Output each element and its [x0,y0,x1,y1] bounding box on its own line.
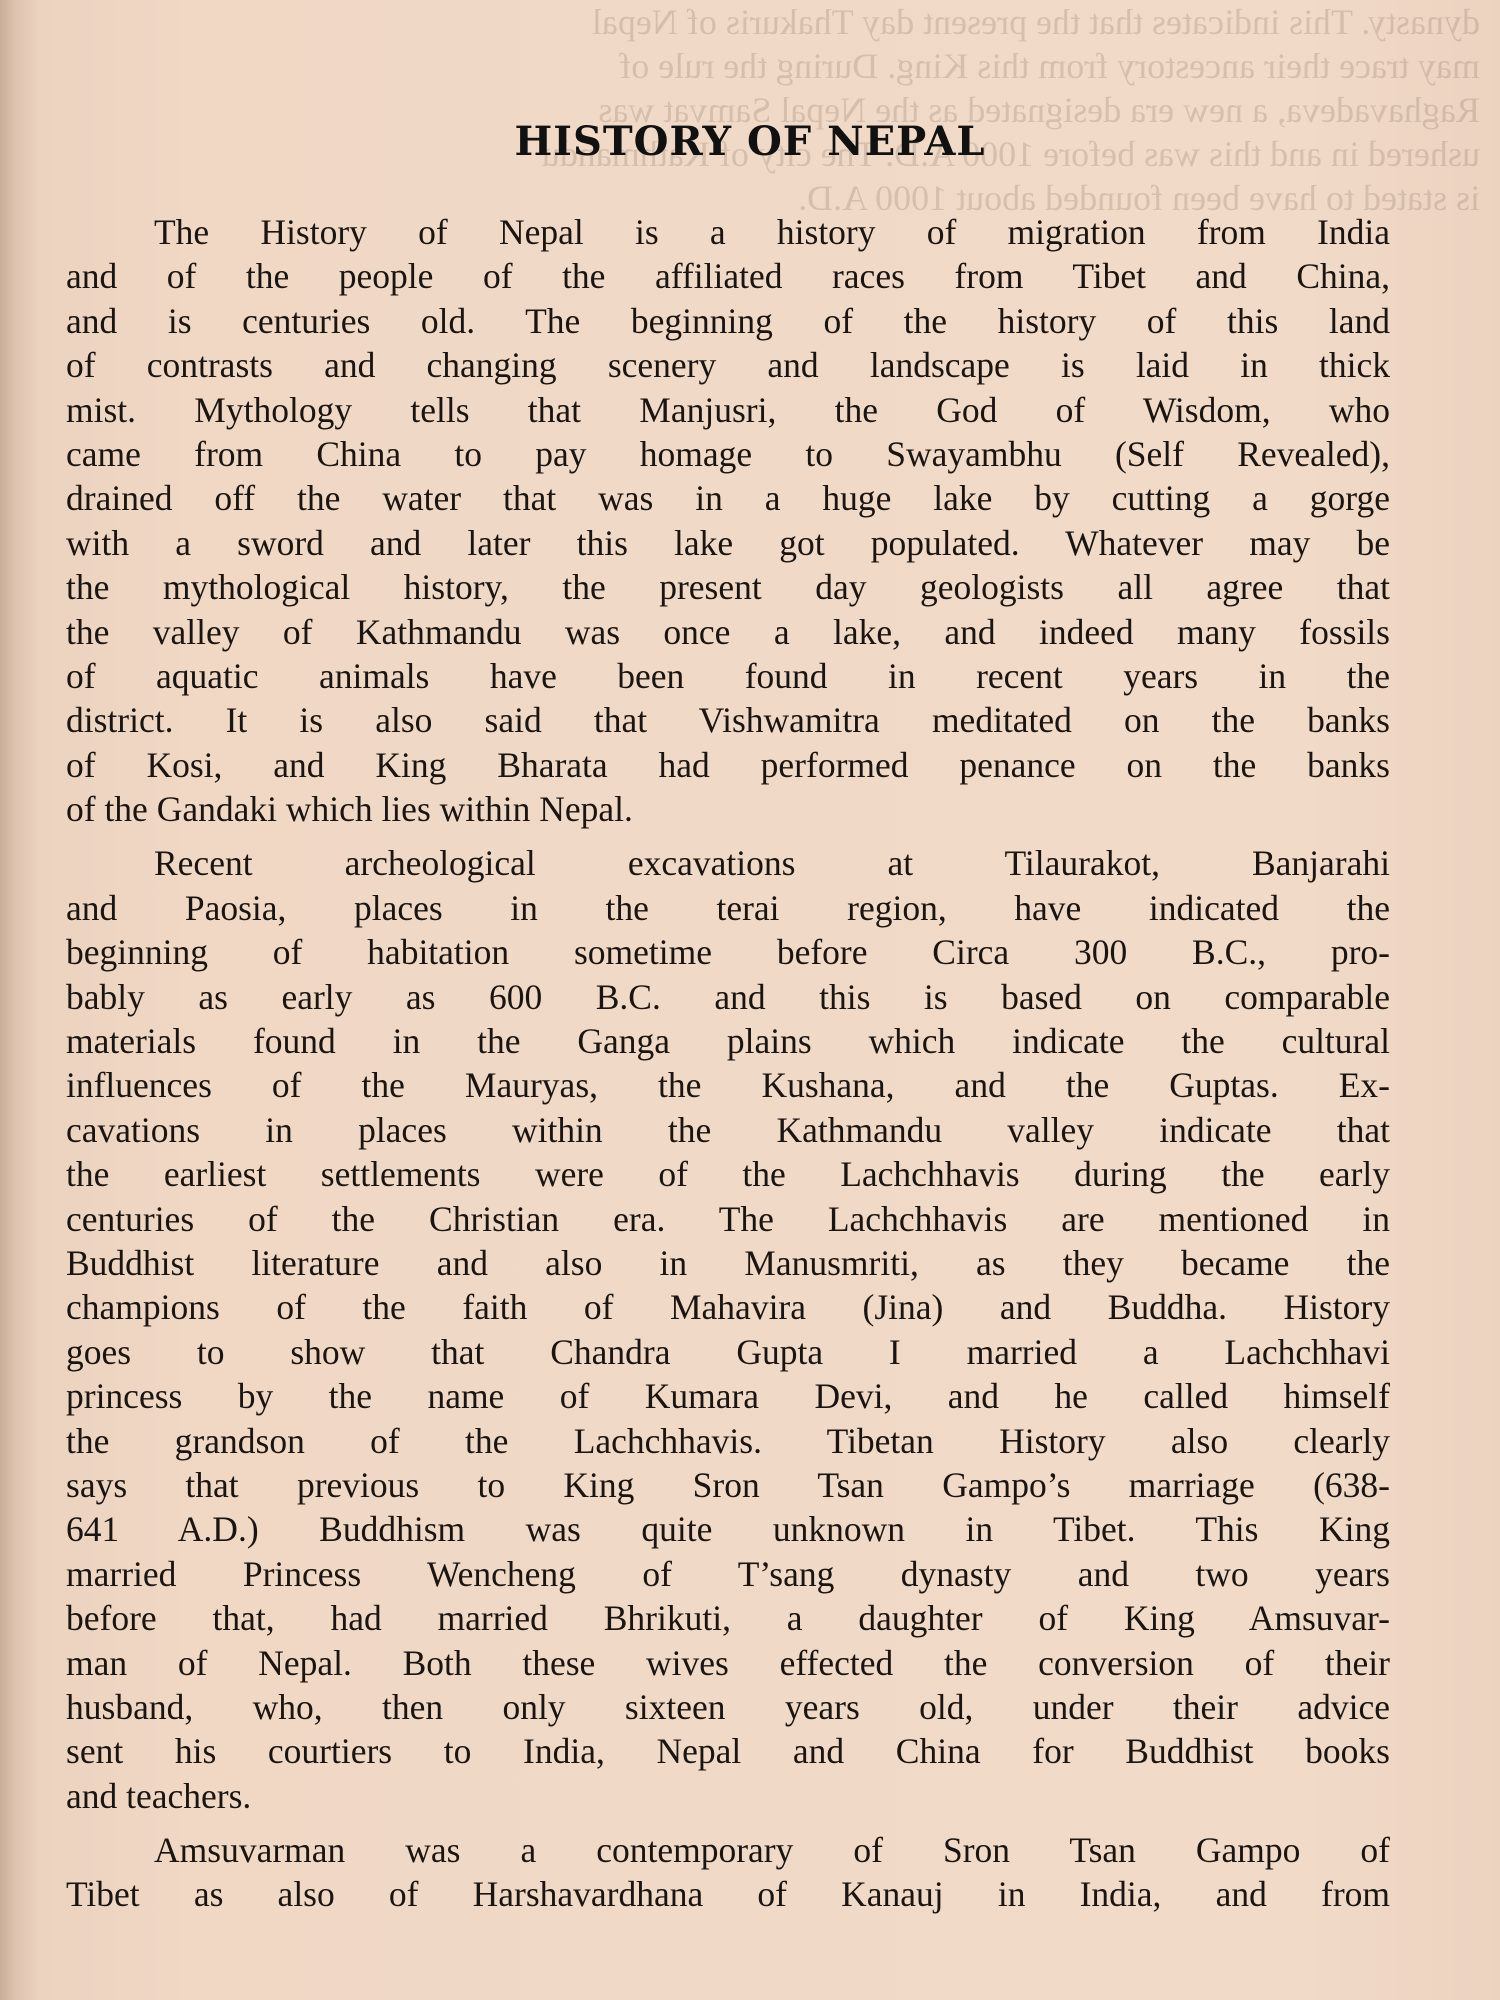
paragraph-2: Recent archeological excavations at Tila… [66,841,1390,1818]
text-line: princess by the name of Kumara Devi, and… [66,1374,1390,1418]
text-line: and teachers. [66,1774,1390,1818]
text-line: Recent archeological excavations at Tila… [66,841,1390,885]
text-line: says that previous to King Sron Tsan Gam… [66,1463,1390,1507]
document-body: The History of Nepal is a history of mig… [66,210,1390,1917]
text-line: champions of the faith of Mahavira (Jina… [66,1285,1390,1329]
text-line: of aquatic animals have been found in re… [66,654,1390,698]
text-line: beginning of habitation sometime before … [66,930,1390,974]
text-line: the valley of Kathmandu was once a lake,… [66,610,1390,654]
text-line: the earliest settlements were of the Lac… [66,1152,1390,1196]
text-line: of the Gandaki which lies within Nepal. [66,787,1390,831]
text-line: and Paosia, places in the terai region, … [66,886,1390,930]
text-line: drained off the water that was in a huge… [66,476,1390,520]
text-line: the grandson of the Lachchhavis. Tibetan… [66,1419,1390,1463]
text-line: mist. Mythology tells that Manjusri, the… [66,388,1390,432]
text-line: centuries of the Christian era. The Lach… [66,1197,1390,1241]
text-line: bably as early as 600 B.C. and this is b… [66,975,1390,1019]
text-line: man of Nepal. Both these wives effected … [66,1641,1390,1685]
paragraph-1: The History of Nepal is a history of mig… [66,210,1390,831]
text-line: Buddhist literature and also in Manusmri… [66,1241,1390,1285]
text-line: district. It is also said that Vishwamit… [66,698,1390,742]
text-line: before that, had married Bhrikuti, a dau… [66,1596,1390,1640]
text-line: husband, who, then only sixteen years ol… [66,1685,1390,1729]
paragraph-3: Amsuvarman was a contemporary of Sron Ts… [66,1828,1390,1917]
text-line: the mythological history, the present da… [66,565,1390,609]
page-title: HISTORY OF NEPAL [0,118,1500,165]
text-line: Amsuvarman was a contemporary of Sron Ts… [66,1828,1390,1872]
text-line: materials found in the Ganga plains whic… [66,1019,1390,1063]
text-line: influences of the Mauryas, the Kushana, … [66,1063,1390,1107]
text-line: of contrasts and changing scenery and la… [66,343,1390,387]
text-line: sent his courtiers to India, Nepal and C… [66,1729,1390,1773]
text-line: goes to show that Chandra Gupta I marrie… [66,1330,1390,1374]
bleed-line: dynasty. This indicates that the present… [60,0,1480,44]
text-line: cavations in places within the Kathmandu… [66,1108,1390,1152]
book-page: dynasty. This indicates that the present… [0,0,1500,2000]
text-line: came from China to pay homage to Swayamb… [66,432,1390,476]
text-line: married Princess Wencheng of T’sang dyna… [66,1552,1390,1596]
text-line: with a sword and later this lake got pop… [66,521,1390,565]
text-line: of Kosi, and King Bharata had performed … [66,743,1390,787]
bleed-line: may trace their ancestory from this King… [60,44,1480,88]
text-line: Tibet as also of Harshavardhana of Kanau… [66,1872,1390,1916]
text-line: The History of Nepal is a history of mig… [66,210,1390,254]
text-line: and is centuries old. The beginning of t… [66,299,1390,343]
bleed-through-text: dynasty. This indicates that the present… [60,0,1480,220]
text-line: and of the people of the affiliated race… [66,254,1390,298]
text-line: 641 A.D.) Buddhism was quite unknown in … [66,1507,1390,1551]
